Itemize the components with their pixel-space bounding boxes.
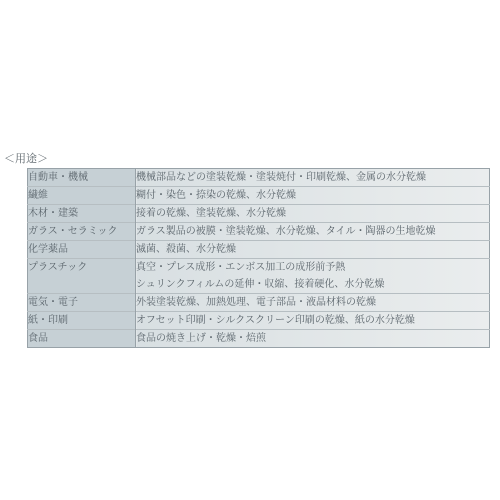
table-row: 電気・電子外装塗装乾燥、加熱処理、電子部品・液晶材料の乾燥 — [28, 294, 490, 312]
table-row: 紙・印刷オフセット印刷・シルクスクリーン印刷の乾燥、紙の水分乾燥 — [28, 312, 490, 330]
table-row: 自動車・機械機械部品などの塗装乾燥・塗装焼付・印刷乾燥、金属の水分乾燥 — [28, 169, 490, 187]
uses-cell: 機械部品などの塗装乾燥・塗装焼付・印刷乾燥、金属の水分乾燥 — [136, 169, 490, 187]
category-cell: 繊維 — [28, 187, 136, 205]
category-cell: 食品 — [28, 330, 136, 348]
table-row: 繊維糊付・染色・捺染の乾燥、水分乾燥 — [28, 187, 490, 205]
uses-cell: 食品の焼き上げ・乾燥・焙煎 — [136, 330, 490, 348]
table-row: ガラス・セラミックガラス製品の被膜・塗装乾燥、水分乾燥、タイル・陶器の生地乾燥 — [28, 223, 490, 241]
category-cell: 自動車・機械 — [28, 169, 136, 187]
table-row: 化学薬品滅菌、殺菌、水分乾燥 — [28, 241, 490, 259]
category-cell: 紙・印刷 — [28, 312, 136, 330]
uses-cell: 滅菌、殺菌、水分乾燥 — [136, 241, 490, 259]
table-row: 木材・建築接着の乾燥、塗装乾燥、水分乾燥 — [28, 205, 490, 223]
catalog-page: ＜用途＞ 自動車・機械機械部品などの塗装乾燥・塗装焼付・印刷乾燥、金属の水分乾燥… — [0, 0, 500, 500]
category-cell: プラスチック — [28, 259, 136, 294]
category-cell: 木材・建築 — [28, 205, 136, 223]
table-row: プラスチック真空・プレス成形・エンボス加工の成形前予熱シュリンクフィルムの延伸・… — [28, 259, 490, 294]
category-cell: ガラス・セラミック — [28, 223, 136, 241]
uses-cell: オフセット印刷・シルクスクリーン印刷の乾燥、紙の水分乾燥 — [136, 312, 490, 330]
table-row: 食品食品の焼き上げ・乾燥・焙煎 — [28, 330, 490, 348]
category-cell: 電気・電子 — [28, 294, 136, 312]
section-label: ＜用途＞ — [4, 150, 48, 166]
uses-table-body: 自動車・機械機械部品などの塗装乾燥・塗装焼付・印刷乾燥、金属の水分乾燥繊維糊付・… — [28, 169, 490, 348]
uses-cell: 接着の乾燥、塗装乾燥、水分乾燥 — [136, 205, 490, 223]
category-cell: 化学薬品 — [28, 241, 136, 259]
uses-cell: 糊付・染色・捺染の乾燥、水分乾燥 — [136, 187, 490, 205]
uses-cell: ガラス製品の被膜・塗装乾燥、水分乾燥、タイル・陶器の生地乾燥 — [136, 223, 490, 241]
uses-cell: 外装塗装乾燥、加熱処理、電子部品・液晶材料の乾燥 — [136, 294, 490, 312]
uses-table: 自動車・機械機械部品などの塗装乾燥・塗装焼付・印刷乾燥、金属の水分乾燥繊維糊付・… — [27, 168, 490, 348]
uses-cell: 真空・プレス成形・エンボス加工の成形前予熱シュリンクフィルムの延伸・収縮、接着硬… — [136, 259, 490, 294]
